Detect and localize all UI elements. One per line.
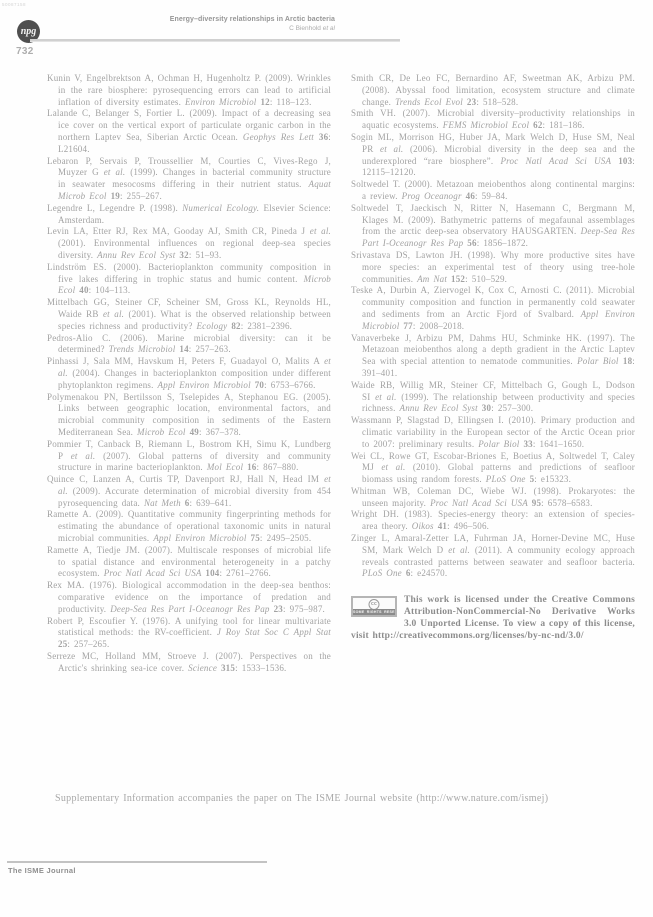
reference-item: Pommier T, Canback B, Riemann L, Bostrom… <box>47 439 331 474</box>
footer-rule <box>7 861 267 863</box>
creative-commons-badge: cc SOME RIGHTS RESERVED <box>351 596 397 617</box>
reference-item: Kunin V, Engelbrektson A, Ochman H, Huge… <box>47 73 331 108</box>
references-column-left: Kunin V, Engelbrektson A, Ochman H, Huge… <box>47 73 331 675</box>
reference-item: Robert P, Escoufier Y. (1976). A unifyin… <box>47 616 331 651</box>
reference-item: Legendre L, Legendre P. (1998). Numerica… <box>47 203 331 227</box>
reference-item: Quince C, Lanzen A, Curtis TP, Davenport… <box>47 474 331 509</box>
running-author: C Bienhold et al <box>30 25 335 32</box>
license-block: cc SOME RIGHTS RESERVED This work is lic… <box>351 594 635 642</box>
reference-item: Rex MA. (1976). Biological accommodation… <box>47 580 331 615</box>
reference-item: Vanaverbeke J, Arbizu PM, Dahms HU, Schm… <box>351 333 635 380</box>
cc-badge-caption: SOME RIGHTS RESERVED <box>353 609 395 615</box>
page-number: 732 <box>16 46 34 57</box>
reference-item: Zinger L, Amaral-Zetter LA, Fuhrman JA, … <box>351 533 635 580</box>
reference-item: Wright DH. (1983). Species-energy theory… <box>351 509 635 533</box>
reference-item: Lalande C, Belanger S, Fortier L. (2009)… <box>47 108 331 155</box>
reference-item: Teske A, Durbin A, Ziervogel K, Cox C, A… <box>351 285 635 332</box>
reference-item: Lebaron P, Servais P, Troussellier M, Co… <box>47 156 331 203</box>
journal-name-footer: The ISME Journal <box>8 866 76 875</box>
reference-item: Sogin ML, Morrison HG, Huber JA, Mark We… <box>351 132 635 179</box>
reference-item: Smith CR, De Leo FC, Bernardino AF, Swee… <box>351 73 635 108</box>
running-author-name: C Bienhold <box>289 25 323 32</box>
references-column-right: Smith CR, De Leo FC, Bernardino AF, Swee… <box>351 73 635 675</box>
reference-item: Pinhassi J, Sala MM, Havskum H, Peters F… <box>47 356 331 391</box>
reference-item: Soltwedel T. (2000). Metazoan meiobentho… <box>351 179 635 203</box>
reference-item: Srivastava DS, Lawton JH. (1998). Why mo… <box>351 250 635 285</box>
reference-item: Wei CL, Rowe GT, Escobar-Briones E, Boet… <box>351 451 635 486</box>
reference-item: Levin LA, Etter RJ, Rex MA, Gooday AJ, S… <box>47 226 331 261</box>
running-author-etal: et al <box>323 25 335 32</box>
header-rule <box>30 39 400 42</box>
reference-item: Mittelbach GG, Steiner CF, Scheiner SM, … <box>47 297 331 332</box>
reference-item: Lindström ES. (2000). Bacterioplankton c… <box>47 262 331 297</box>
print-registration-code: 50087158 <box>2 2 26 7</box>
reference-item: Polymenakou PN, Bertilsson S, Tselepides… <box>47 392 331 439</box>
reference-item: Ramette A, Tiedje JM. (2007). Multiscale… <box>47 545 331 580</box>
reference-item: Serreze MC, Holland MM, Stroeve J. (2007… <box>47 651 331 675</box>
reference-item: Soltwedel T, Jaeckisch N, Ritter N, Hase… <box>351 203 635 250</box>
running-head: Energy–diversity relationships in Arctic… <box>30 16 335 32</box>
reference-item: Ramette A. (2009). Quantitative communit… <box>47 509 331 544</box>
references-section: Kunin V, Engelbrektson A, Ochman H, Huge… <box>47 73 635 675</box>
reference-item: Whitman WB, Coleman DC, Wiebe WJ. (1998)… <box>351 486 635 510</box>
reference-item: Waide RB, Willig MR, Steiner CF, Mittelb… <box>351 380 635 415</box>
reference-item: Pedros-Alio C. (2006). Marine microbial … <box>47 333 331 357</box>
reference-item: Wassmann P, Slagstad D, Ellingsen I. (20… <box>351 415 635 450</box>
paper-page: 50087158 npg Energy–diversity relationsh… <box>0 0 653 917</box>
supplementary-note: Supplementary Information accompanies th… <box>55 793 640 804</box>
running-title: Energy–diversity relationships in Arctic… <box>30 16 335 23</box>
reference-item: Smith VH. (2007). Microbial diversity–pr… <box>351 108 635 132</box>
